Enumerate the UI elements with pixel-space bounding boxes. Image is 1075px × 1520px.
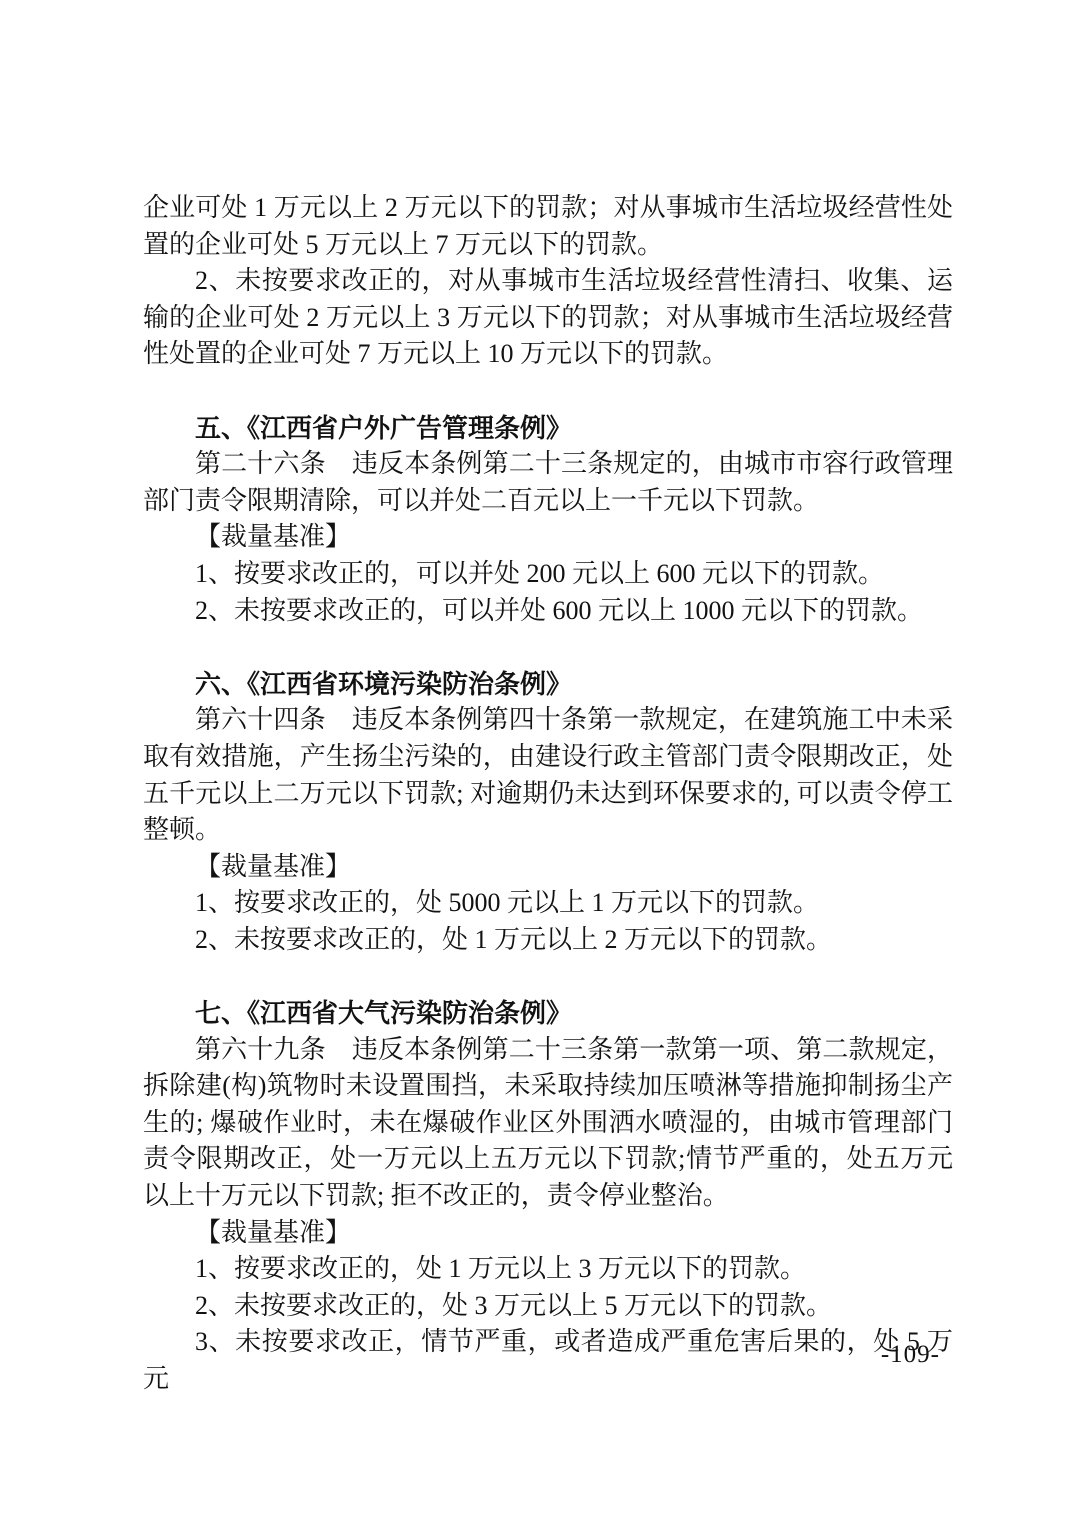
- section-6: 六、《江西省环境污染防治条例》 第六十四条 违反本条例第四十条第一款规定，在建筑…: [143, 666, 953, 959]
- section-7-article: 第六十九条 违反本条例第二十三条第一款第一项、第二款规定，拆除建(构)筑物时未设…: [143, 1032, 953, 1215]
- section-5-criteria-label: 【裁量基准】: [143, 519, 953, 556]
- section-7-item-1: 1、按要求改正的，处 1 万元以上 3 万元以下的罚款。: [143, 1251, 953, 1288]
- section-5-item-2: 2、未按要求改正的，可以并处 600 元以上 1000 元以下的罚款。: [143, 593, 953, 630]
- section-6-item-1: 1、按要求改正的，处 5000 元以上 1 万元以下的罚款。: [143, 885, 953, 922]
- paragraph-intro-item-2: 2、未按要求改正的，对从事城市生活垃圾经营性清扫、收集、运输的企业可处 2 万元…: [143, 263, 953, 373]
- section-5-article: 第二十六条 违反本条例第二十三条规定的，由城市市容行政管理部门责令限期清除，可以…: [143, 446, 953, 519]
- section-6-article: 第六十四条 违反本条例第四十条第一款规定，在建筑施工中未采取有效措施，产生扬尘污…: [143, 702, 953, 848]
- section-7-item-2: 2、未按要求改正的，处 3 万元以上 5 万元以下的罚款。: [143, 1288, 953, 1325]
- page-number: -109-: [881, 1341, 940, 1369]
- paragraph-continuation: 企业可处 1 万元以上 2 万元以下的罚款；对从事城市生活垃圾经营性处置的企业可…: [143, 190, 953, 263]
- section-6-heading: 六、《江西省环境污染防治条例》: [143, 666, 953, 703]
- section-7-criteria-label: 【裁量基准】: [143, 1215, 953, 1252]
- section-5-item-1: 1、按要求改正的，可以并处 200 元以上 600 元以下的罚款。: [143, 556, 953, 593]
- section-6-criteria-label: 【裁量基准】: [143, 849, 953, 886]
- section-7: 七、《江西省大气污染防治条例》 第六十九条 违反本条例第二十三条第一款第一项、第…: [143, 995, 953, 1398]
- section-7-heading: 七、《江西省大气污染防治条例》: [143, 995, 953, 1032]
- section-6-item-2: 2、未按要求改正的，处 1 万元以上 2 万元以下的罚款。: [143, 922, 953, 959]
- section-5: 五、《江西省户外广告管理条例》 第二十六条 违反本条例第二十三条规定的，由城市市…: [143, 410, 953, 630]
- section-5-heading: 五、《江西省户外广告管理条例》: [143, 410, 953, 447]
- section-7-item-3-truncated: 3、未按要求改正，情节严重，或者造成严重危害后果的，处 5 万元: [143, 1324, 953, 1397]
- page-body: 企业可处 1 万元以上 2 万元以下的罚款；对从事城市生活垃圾经营性处置的企业可…: [143, 190, 953, 1398]
